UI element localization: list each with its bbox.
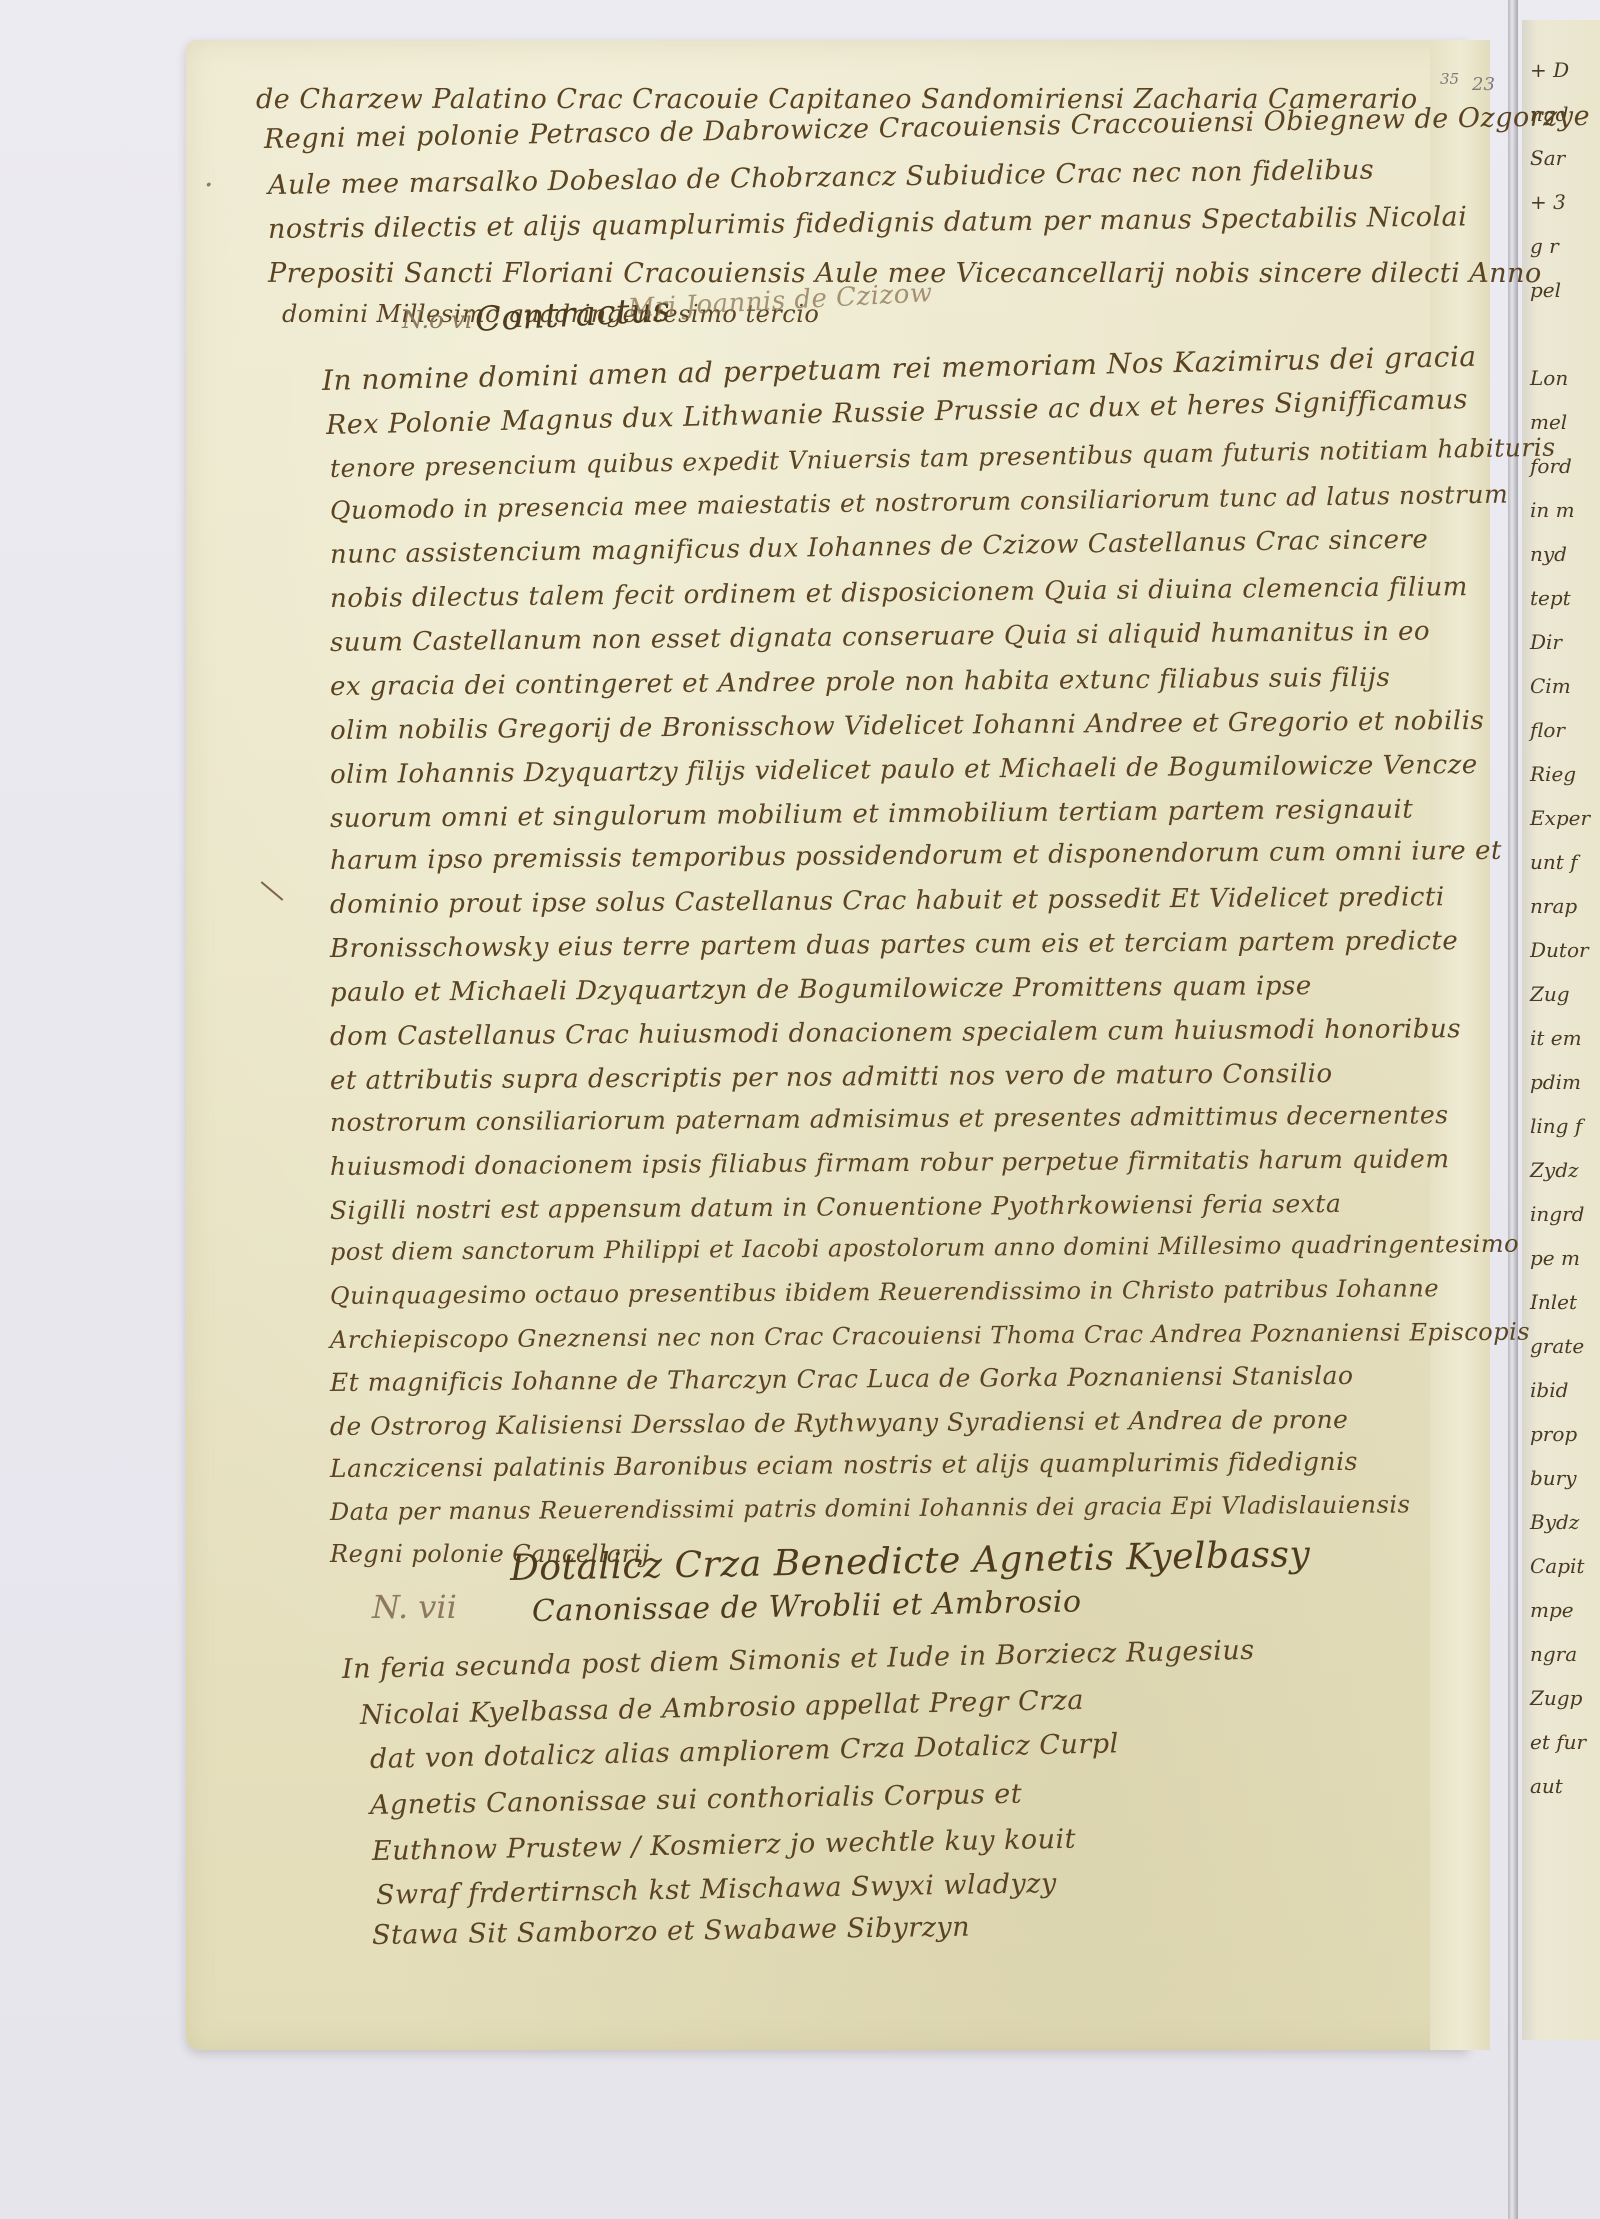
facing-page-text-fragment: Zydz bbox=[1530, 1158, 1579, 1182]
facing-page-text-fragment: unt f bbox=[1530, 850, 1578, 874]
facing-page-text-fragment: + D bbox=[1530, 58, 1569, 82]
facing-page-text-fragment: pdim bbox=[1530, 1070, 1581, 1094]
section-number-label: N. vii bbox=[372, 1588, 457, 1626]
facing-page-text-fragment: Zug bbox=[1530, 982, 1570, 1006]
facing-page-text-fragment: Exper bbox=[1530, 806, 1590, 830]
facing-page-edge: + DngdSar+ 3g rpelLonmelfordin mnydteptD… bbox=[1522, 20, 1600, 2040]
facing-page-text-fragment: prop bbox=[1530, 1422, 1577, 1446]
facing-page-text-fragment: mel bbox=[1530, 410, 1567, 434]
margin-dot: · bbox=[204, 168, 214, 203]
facing-page-text-fragment: Dir bbox=[1530, 630, 1562, 654]
facing-page-text-fragment: bury bbox=[1530, 1466, 1577, 1490]
facing-page-text-fragment: tept bbox=[1530, 586, 1571, 610]
facing-page-text-fragment: nrap bbox=[1530, 894, 1577, 918]
facing-page-text-fragment: it em bbox=[1530, 1026, 1582, 1050]
facing-page-text-fragment: ingrd bbox=[1530, 1202, 1584, 1226]
facing-page-text-fragment: nyd bbox=[1530, 542, 1567, 566]
facing-page-text-fragment: ngra bbox=[1530, 1642, 1577, 1666]
section-number-label: N.o vi bbox=[402, 306, 472, 334]
facing-page-text-fragment: aut bbox=[1530, 1774, 1563, 1798]
facing-page-text-fragment: flor bbox=[1530, 718, 1565, 742]
facing-page-text-fragment: pe m bbox=[1530, 1246, 1580, 1270]
facing-page-text-fragment: Capit bbox=[1530, 1554, 1584, 1578]
facing-page-text-fragment: grate bbox=[1530, 1334, 1584, 1358]
facing-page-text-fragment: Rieg bbox=[1530, 762, 1576, 786]
facing-page-text-fragment: ling f bbox=[1530, 1114, 1582, 1138]
facing-page-text-fragment: + 3 bbox=[1530, 190, 1566, 214]
facing-page-text-fragment: Zugp bbox=[1530, 1686, 1582, 1710]
facing-page-text-fragment: ibid bbox=[1530, 1378, 1568, 1402]
facing-page-text-fragment: g r bbox=[1530, 234, 1559, 258]
facing-page-text-fragment: et fur bbox=[1530, 1730, 1586, 1754]
folio-number: 23 bbox=[1472, 74, 1495, 95]
facing-page-text-fragment: Inlet bbox=[1530, 1290, 1577, 1314]
binding-spine bbox=[1508, 0, 1518, 2219]
facing-page-text-fragment: Bydz bbox=[1530, 1510, 1579, 1534]
facing-page-text-fragment: mpe bbox=[1530, 1598, 1574, 1622]
facing-page-text-fragment: Sar bbox=[1530, 146, 1565, 170]
facing-page-text-fragment: in m bbox=[1530, 498, 1575, 522]
facing-page-text-fragment: Cim bbox=[1530, 674, 1571, 698]
facing-page-text-fragment: Dutor bbox=[1530, 938, 1589, 962]
facing-page-text-fragment: Lon bbox=[1530, 366, 1568, 390]
